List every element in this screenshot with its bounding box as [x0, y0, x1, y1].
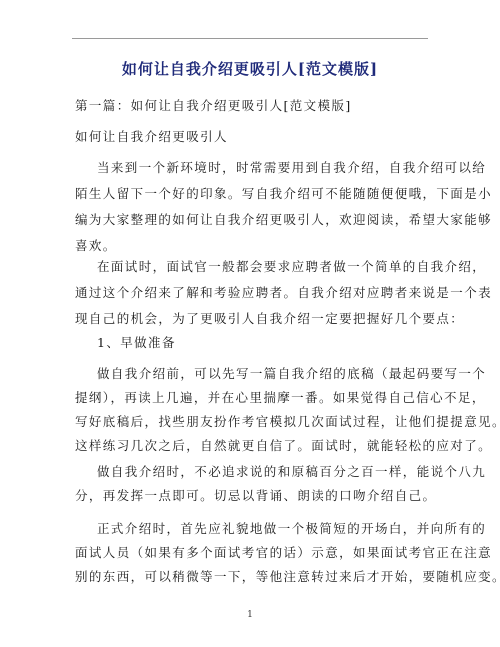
paragraph-line: 写好底稿后，找些朋友扮作考官模拟几次面试过程，让他们提提意见。: [75, 412, 500, 430]
paragraph-line: 喜欢。: [75, 236, 117, 254]
page-number: 1: [0, 610, 500, 620]
paragraph-line: 在面试时，面试官一般都会要求应聘者做一个简单的自我介绍，: [97, 257, 486, 275]
paragraph-line: 当来到一个新环境时，时常需要用到自我介绍，自我介绍可以给: [97, 158, 486, 176]
header-rule: [72, 38, 428, 39]
paragraph-line: 正式介绍时，首先应礼貌地做一个极简短的开场白，并向所有的: [97, 519, 486, 537]
section-heading: 如何让自我介绍更吸引人: [75, 127, 228, 145]
section-subtitle: 第一篇：如何让自我介绍更吸引人[范文模版]: [75, 96, 352, 114]
document-title: 如何让自我介绍更吸引人[范文模版]: [0, 58, 500, 79]
paragraph-line: 别的东西，可以稍微等一下，等他注意转过来后才开始，要随机应变。: [75, 567, 500, 585]
paragraph-line: 做自我介绍前，可以先写一篇自我介绍的底稿（最起码要写一个: [97, 364, 486, 382]
paragraph-line: 编为大家整理的如何让自我介绍更吸引人，欢迎阅读，希望大家能够: [75, 210, 492, 228]
paragraph-line: 提纲），再读上几遍，并在心里揣摩一番。如果觉得自己信心不足，: [75, 388, 486, 406]
paragraph-line: 通过这个介绍来了解和考验应聘者。自我介绍对应聘者来说是一个表: [75, 283, 492, 301]
list-heading: 1、早做准备: [97, 333, 176, 351]
paragraph-line: 面试人员（如果有多个面试考官的话）示意，如果面试考官正在注意: [75, 543, 492, 561]
paragraph-line: 现自己的机会，为了更吸引人自我介绍一定要把握好几个要点：: [75, 309, 464, 327]
paragraph-line: 分，再发挥一点即可。切忌以背诵、朗读的口吻介绍自己。: [75, 486, 436, 504]
paragraph-line: 做自我介绍时，不必追求说的和原稿百分之百一样，能说个八九: [97, 462, 486, 480]
paragraph-line: 这样练习几次之后，自然就更自信了。面试时，就能轻松的应对了。: [75, 436, 492, 454]
paragraph-line: 陌生人留下一个好的印象。写自我介绍可不能随随便便哦，下面是小: [75, 184, 492, 202]
